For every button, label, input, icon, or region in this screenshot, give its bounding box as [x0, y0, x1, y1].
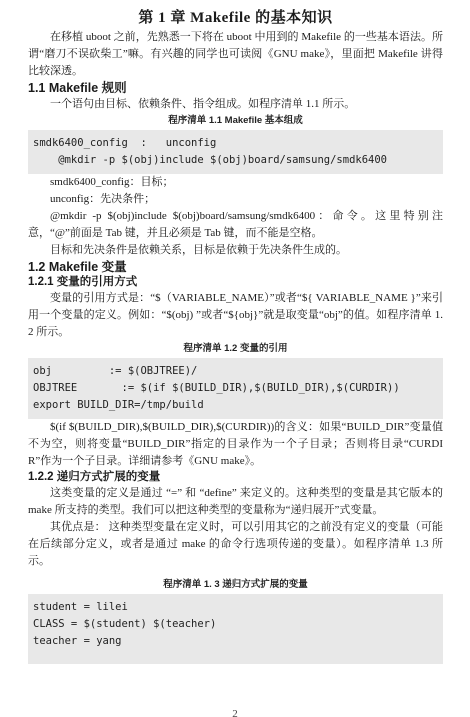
code-line: @mkdir -p $(obj)include $(obj)board/sams… [33, 152, 439, 169]
explain-if-function: $(if $(BUILD_DIR),$(BUILD_DIR),$(CURDIR)… [28, 419, 443, 470]
section-1-2-2-heading: 1.2.2 递归方式扩展的变量 [28, 470, 443, 485]
code-line: obj := $(OBJTREE)/ [33, 363, 439, 380]
explain-target: smdk6400_config：目标； [28, 174, 443, 191]
section-1-2-heading: 1.2 Makefile 变量 [28, 259, 443, 275]
code-line: smdk6400_config : unconfig [33, 135, 439, 152]
section-1-1-heading: 1.1 Makefile 规则 [28, 80, 443, 96]
code-line: CLASS = $(student) $(teacher) [33, 616, 439, 633]
code-line: export BUILD_DIR=/tmp/build [33, 397, 439, 414]
listing-1-3-caption: 程序清单 1. 3 递归方式扩展的变量 [28, 578, 443, 591]
section-1-2-2-paragraph-2: 其优点是： 这种类型变量在定义时，可以引用其它的之前没有定义的变量（可能在后续部… [28, 519, 443, 570]
code-block-listing-1-1: smdk6400_config : unconfig @mkdir -p $(o… [28, 130, 443, 174]
explain-command: @mkdir -p $(obj)include $(obj)board/sams… [28, 208, 443, 242]
section-1-2-2-paragraph-1: 这类变量的定义是通过 “=” 和 “define” 来定义的。这种类型的变量是其… [28, 485, 443, 519]
code-line: student = lilei [33, 599, 439, 616]
code-block-listing-1-2: obj := $(OBJTREE)/ OBJTREE := $(if $(BUI… [28, 358, 443, 419]
section-1-2-1-heading: 1.2.1 变量的引用方式 [28, 275, 443, 290]
code-block-listing-1-3: student = lilei CLASS = $(student) $(tea… [28, 594, 443, 664]
page-number: 2 [0, 708, 470, 717]
explain-prerequisite: unconfig：先决条件； [28, 191, 443, 208]
listing-1-2-caption: 程序清单 1.2 变量的引用 [28, 342, 443, 355]
listing-1-1-caption: 程序清单 1.1 Makefile 基本组成 [28, 114, 443, 127]
code-line: teacher = yang [33, 633, 439, 650]
section-1-2-1-paragraph: 变量的引用方式是：“$（VARIABLE_NAME）”或者“${ VARIABL… [28, 290, 443, 341]
intro-paragraph: 在移植 uboot 之前，先熟悉一下将在 uboot 中用到的 Makefile… [28, 29, 443, 80]
chapter-title: 第 1 章 Makefile 的基本知识 [28, 7, 443, 29]
document-page: 第 1 章 Makefile 的基本知识 在移植 uboot 之前，先熟悉一下将… [0, 0, 470, 717]
explain-dependency: 目标和先决条件是依赖关系，目标是依赖于先决条件生成的。 [28, 242, 443, 259]
section-1-1-paragraph: 一个语句由目标、依赖条件、指令组成。如程序清单 1.1 所示。 [28, 96, 443, 113]
code-line: OBJTREE := $(if $(BUILD_DIR),$(BUILD_DIR… [33, 380, 439, 397]
